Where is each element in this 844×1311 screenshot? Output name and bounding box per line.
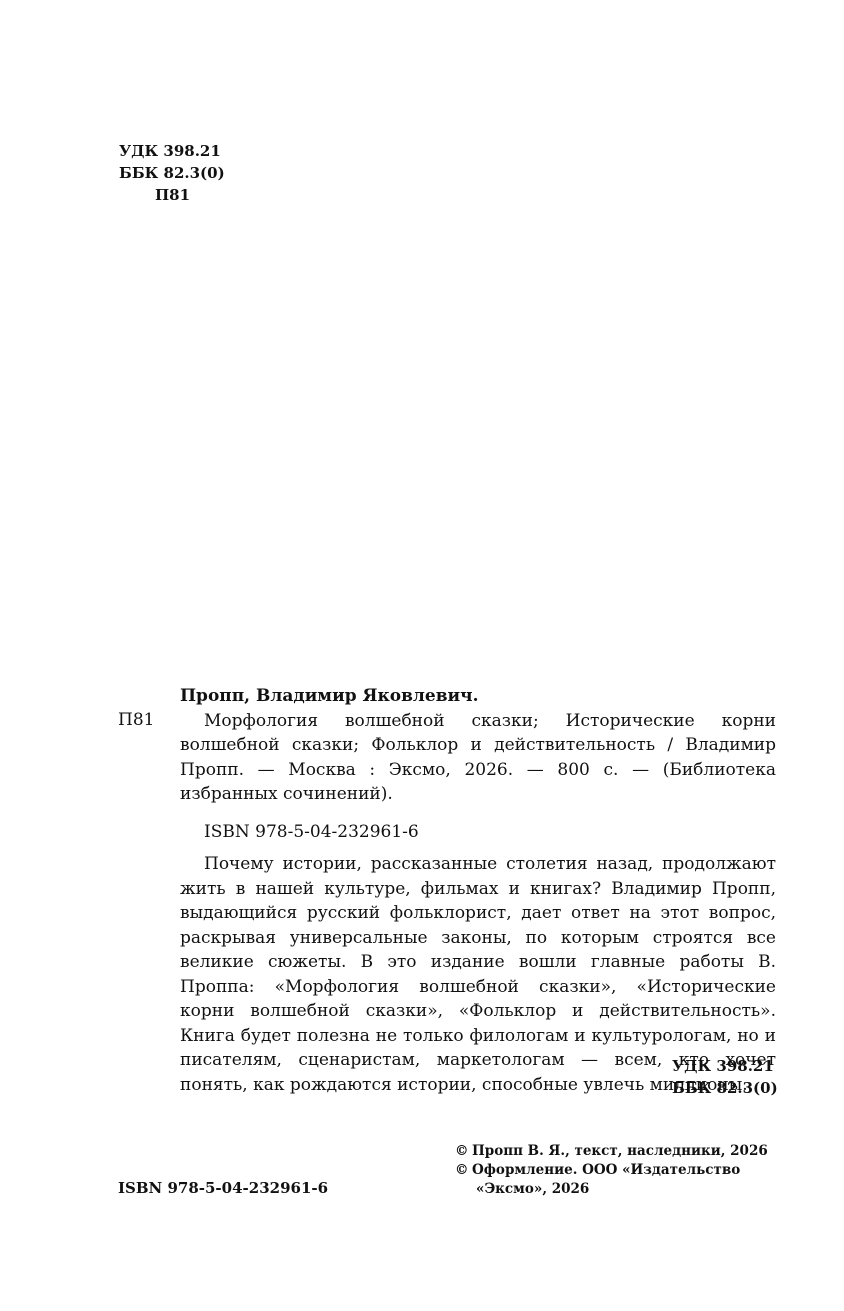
top-classification-codes: УДК 398.21 ББК 82.3(0) П81 <box>119 140 225 206</box>
bottom-classification-codes: УДК 398.21 ББК 82.3(0) <box>672 1055 778 1099</box>
bbk-code-bottom: ББК 82.3(0) <box>672 1077 778 1099</box>
copyright-block: ©Пропп В. Я., текст, наследники, 2026 ©О… <box>455 1142 768 1199</box>
isbn-bottom: ISBN 978-5-04-232961-6 <box>118 1177 328 1199</box>
bibliographic-record: Пропп, Владимир Яковлевич. Морфология во… <box>180 684 776 807</box>
copyright-icon: © <box>455 1161 472 1180</box>
copyright-line-design: ©Оформление. ООО «Издательство <box>455 1161 768 1180</box>
isbn-record: ISBN 978-5-04-232961-6 <box>204 820 419 844</box>
author-sign-left: П81 <box>118 708 154 733</box>
copyright-line-publisher: «Эксмо», 2026 <box>455 1180 768 1199</box>
author-sign: П81 <box>119 184 225 206</box>
udk-code-bottom: УДК 398.21 <box>672 1055 778 1077</box>
bibliographic-description: Морфология волшебной сказки; Исторически… <box>180 709 776 807</box>
copyright-icon: © <box>455 1142 472 1161</box>
copyright-line-author: ©Пропп В. Я., текст, наследники, 2026 <box>455 1142 768 1161</box>
author-heading: Пропп, Владимир Яковлевич. <box>180 684 776 709</box>
bbk-code: ББК 82.3(0) <box>119 162 225 184</box>
udk-code: УДК 398.21 <box>119 140 225 162</box>
